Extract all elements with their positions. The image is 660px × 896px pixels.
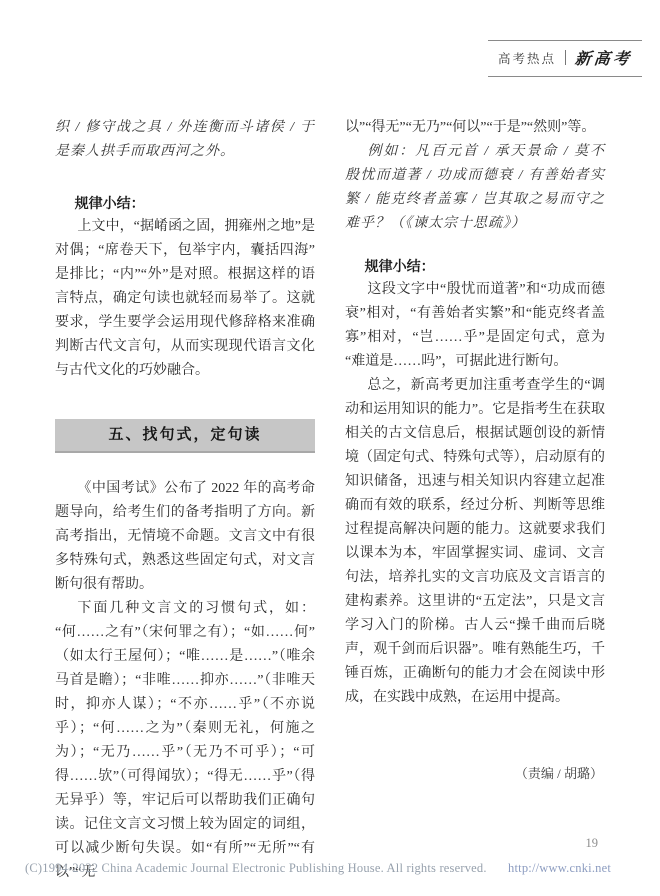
rule-summary-2-body: 这段文字中“殷忧而道著”和“功成而德衰”相对，“有善始者实繁”和“能克终者盖寡”… xyxy=(345,278,605,374)
right-column: 以”“得无”“无乃”“何以”“于是”“然则”等。 例如：凡百元首 / 承天景命 … xyxy=(345,116,605,786)
paragraph-sentence-patterns: 下面几种文言文的习惯句式，如：“何……之有”（宋何罪之有）；“如……何”（如太行… xyxy=(55,597,315,885)
header-section-label: 高考热点 xyxy=(498,49,556,67)
journal-page: 高考热点 新高考 织 / 修守战之具 / 外连衡而斗诸侯 / 于是秦人拱手而取西… xyxy=(0,0,660,896)
paragraph-sentence-patterns-continued: 以”“得无”“无乃”“何以”“于是”“然则”等。 xyxy=(345,116,605,140)
editor-credit: （责编 / 胡璐） xyxy=(345,762,605,786)
rule-summary-1-title: 规律小结： xyxy=(55,191,315,215)
classical-example-jiantaizong: 例如：凡百元首 / 承天景命 / 莫不殷忧而道著 / 功成而德衰 / 有善始者实… xyxy=(345,140,605,236)
paragraph-conclusion: 总之，新高考更加注重考查学生的“调动和运用知识的能力”。它是指考生在获取相关的古… xyxy=(345,374,605,710)
journal-brand-logo: 新高考 xyxy=(574,46,633,69)
rule-summary-1-body: 上文中，“据崤函之固，拥雍州之地”是对偶；“席卷天下，包举宇内，囊括四海”是排比… xyxy=(55,215,315,383)
section-heading-5: 五、找句式，定句读 xyxy=(55,419,315,453)
paragraph-exam-guideline: 《中国考试》公布了 2022 年的高考命题导向，给考生们的备考指明了方向。新高考… xyxy=(55,477,315,597)
page-number: 19 xyxy=(586,836,599,851)
copyright-text: (C)1994-2022 China Academic Journal Elec… xyxy=(25,861,487,875)
rule-summary-2-title: 规律小结： xyxy=(345,254,605,278)
header-divider xyxy=(565,50,566,65)
copyright-footer: (C)1994-2022 China Academic Journal Elec… xyxy=(25,861,637,876)
classical-example-continued: 织 / 修守战之具 / 外连衡而斗诸侯 / 于是秦人拱手而取西河之外。 xyxy=(55,116,315,164)
cnki-url: http://www.cnki.net xyxy=(508,861,611,875)
page-header: 高考热点 新高考 xyxy=(488,40,642,77)
left-column: 织 / 修守战之具 / 外连衡而斗诸侯 / 于是秦人拱手而取西河之外。 规律小结… xyxy=(55,116,315,885)
